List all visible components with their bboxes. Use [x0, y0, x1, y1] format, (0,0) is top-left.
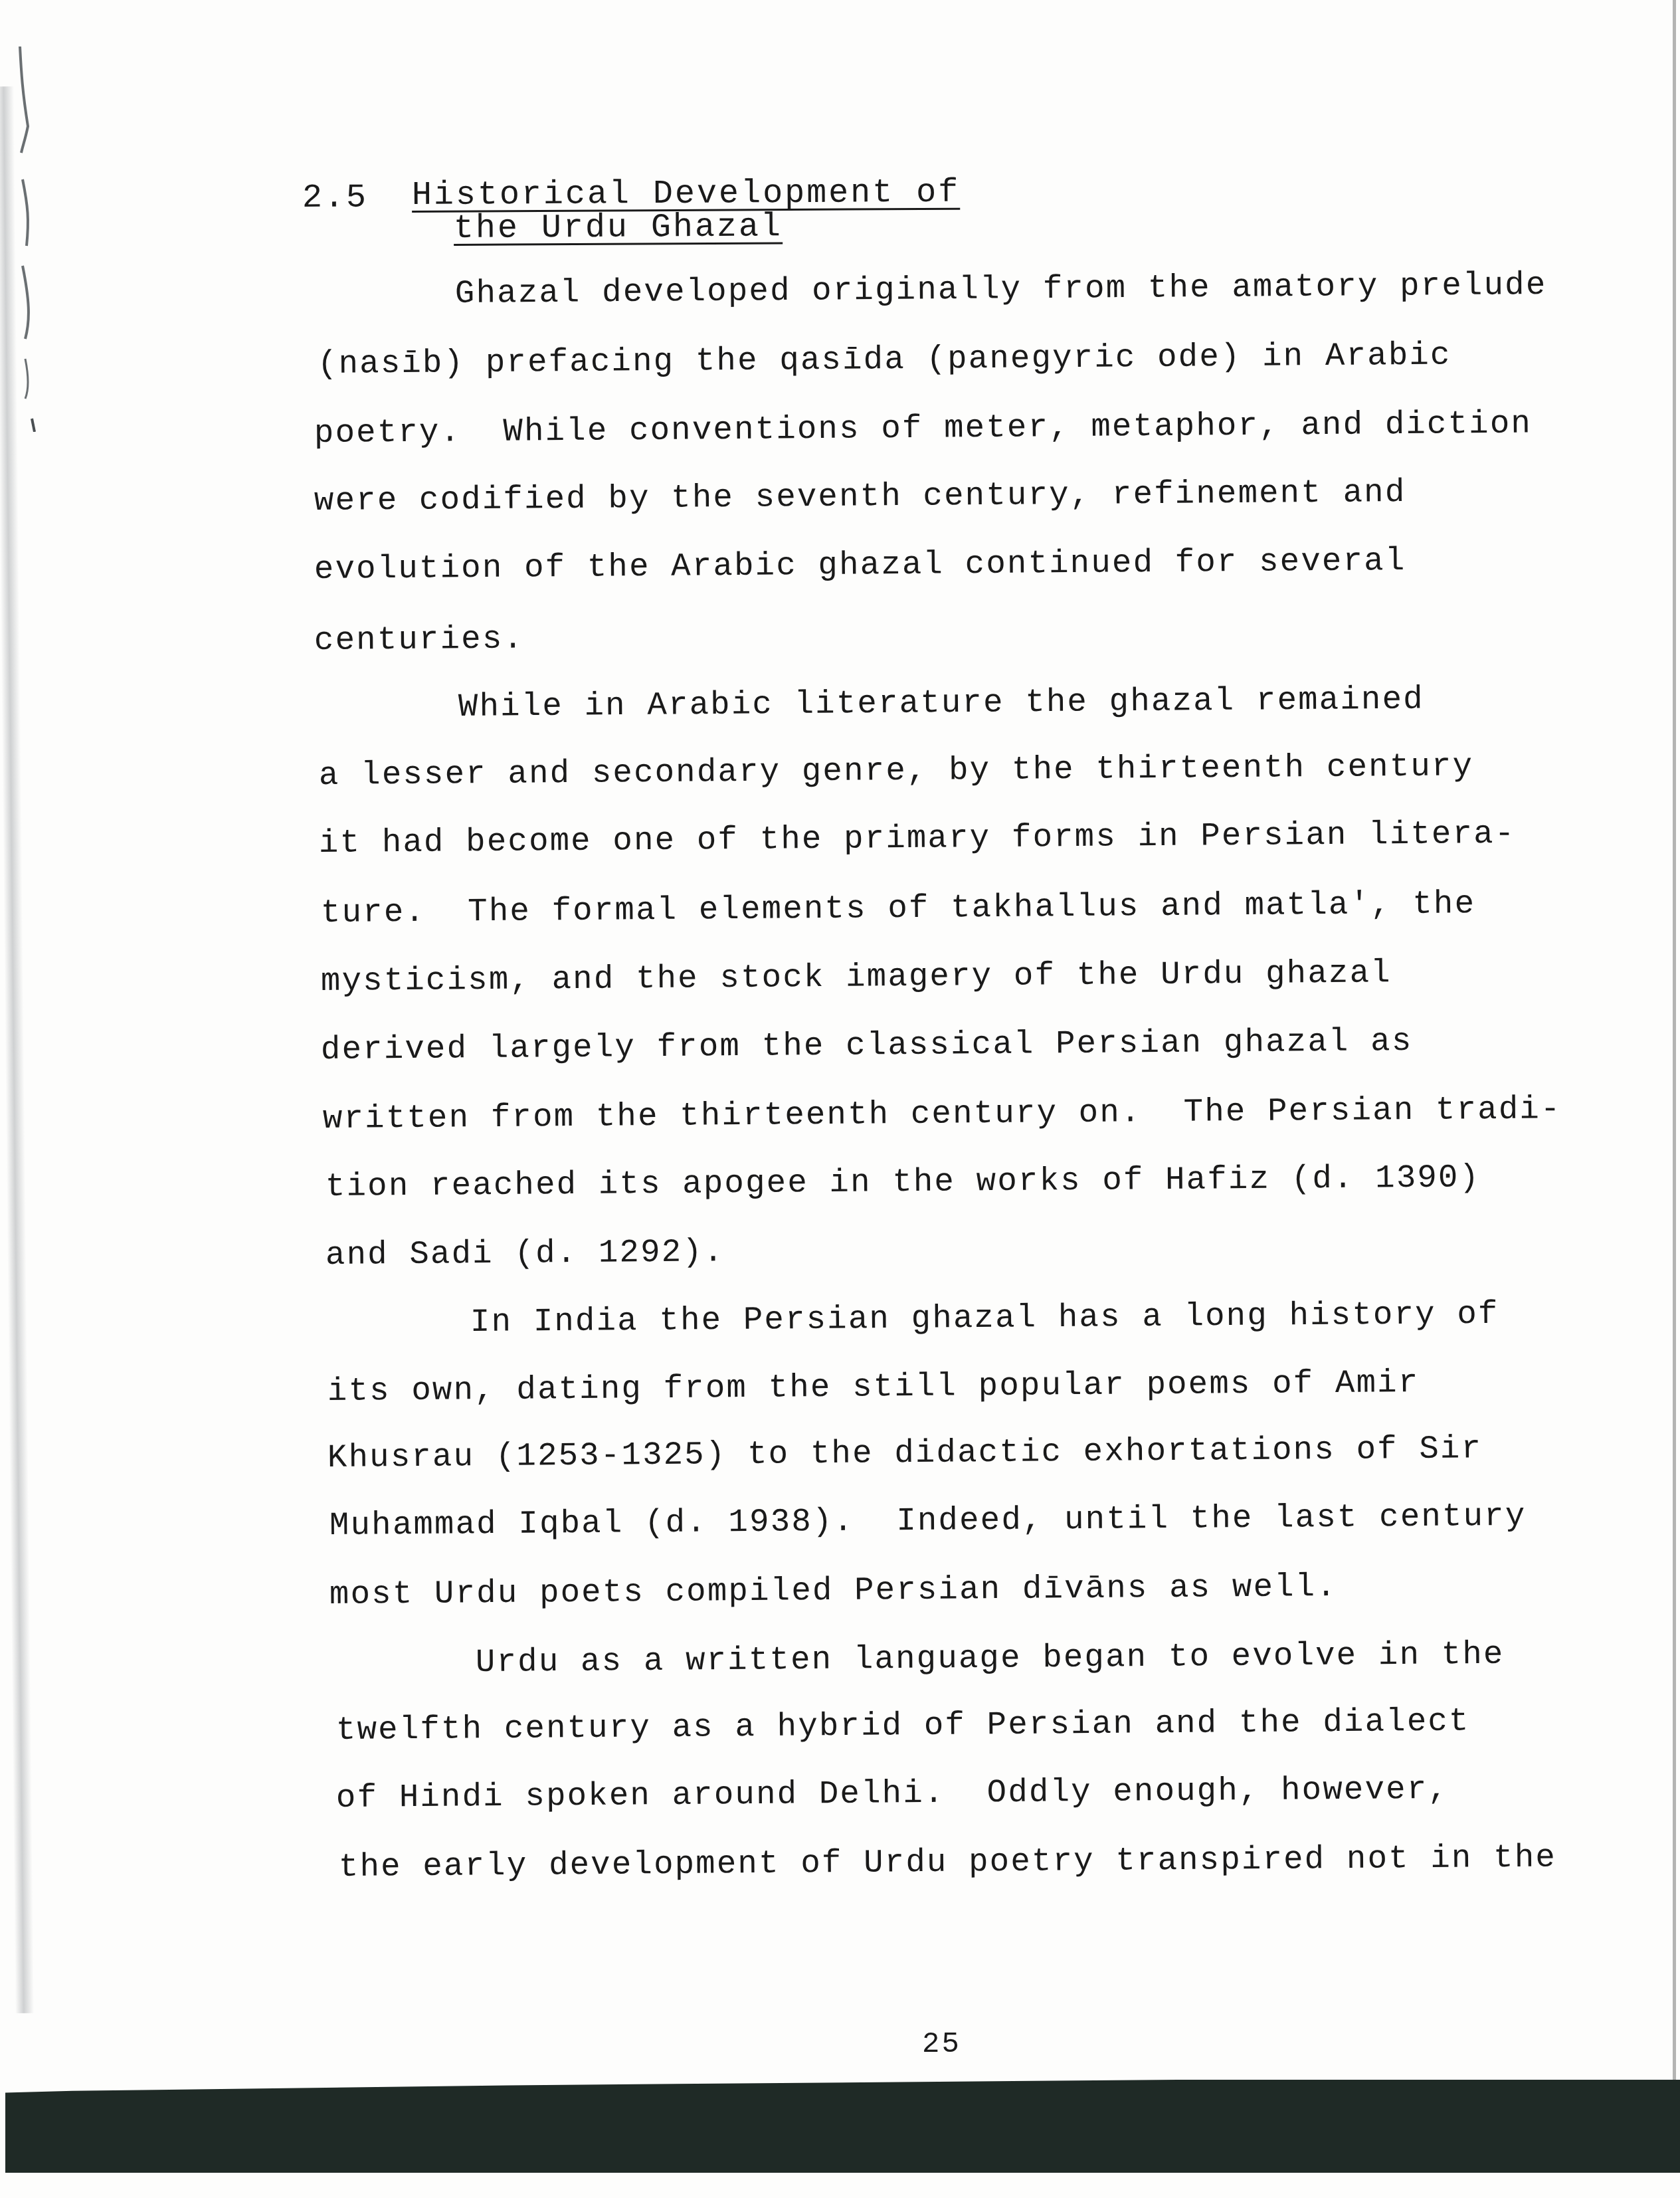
- paragraph-line: most Urdu poets compiled Persian dīvāns …: [329, 1571, 1337, 1611]
- paragraph-line: (nasīb) prefacing the qasīda (panegyric …: [318, 340, 1451, 381]
- paragraph-line: ture. The formal elements of takhallus a…: [321, 888, 1476, 930]
- paragraph-line: twelfth century as a hybrid of Persian a…: [336, 1706, 1470, 1747]
- paragraph-line: poetry. While conventions of meter, meta…: [314, 408, 1532, 450]
- paragraph-line: centuries.: [314, 623, 524, 657]
- paragraph-line: a lesser and secondary genre, by the thi…: [319, 750, 1474, 792]
- paragraph-line: the early development of Urdu poetry tra…: [339, 1842, 1556, 1884]
- paragraph-line: were codified by the seventh century, re…: [314, 476, 1406, 518]
- paragraph-line: written from the thirteenth century on. …: [323, 1093, 1562, 1136]
- paragraph-line: mysticism, and the stock imagery of the …: [321, 957, 1392, 998]
- paragraph-line: evolution of the Arabic ghazal continued…: [314, 545, 1406, 586]
- scanner-bottom-shadow: [5, 2080, 1680, 2173]
- paragraph-line: In India the Persian ghazal has a long h…: [470, 1298, 1499, 1339]
- paragraph-line: While in Arabic literature the ghazal re…: [458, 684, 1424, 724]
- page-right-edge: [1673, 0, 1676, 2126]
- paragraph-line: Khusrau (1253-1325) to the didactic exho…: [327, 1433, 1483, 1474]
- scanned-page: 2.5 Historical Development of the Urdu G…: [0, 0, 1680, 2198]
- paragraph-line: of Hindi spoken around Delhi. Oddly enou…: [336, 1773, 1449, 1815]
- paragraph-line: it had become one of the primary forms i…: [319, 818, 1516, 860]
- paragraph-line: Muhammad Iqbal (d. 1938). Indeed, until …: [329, 1500, 1527, 1542]
- section-title-line-1: Historical Development of: [412, 177, 960, 213]
- section-number: 2.5: [302, 181, 368, 215]
- page-number: 25: [922, 2028, 961, 2061]
- binding-marks: [19, 47, 45, 432]
- paragraph-line: derived largely from the classical Persi…: [321, 1025, 1413, 1066]
- paragraph-line: Ghazal developed originally from the ama…: [455, 269, 1547, 310]
- paragraph-line: tion reached its apogee in the works of …: [326, 1161, 1481, 1203]
- section-title-line-2: the Urdu Ghazal: [454, 211, 783, 246]
- paragraph-line: its own, dating from the still popular p…: [327, 1367, 1420, 1408]
- paragraph-line: and Sadi (d. 1292).: [326, 1236, 725, 1272]
- paragraph-line: Urdu as a written language began to evol…: [476, 1639, 1505, 1679]
